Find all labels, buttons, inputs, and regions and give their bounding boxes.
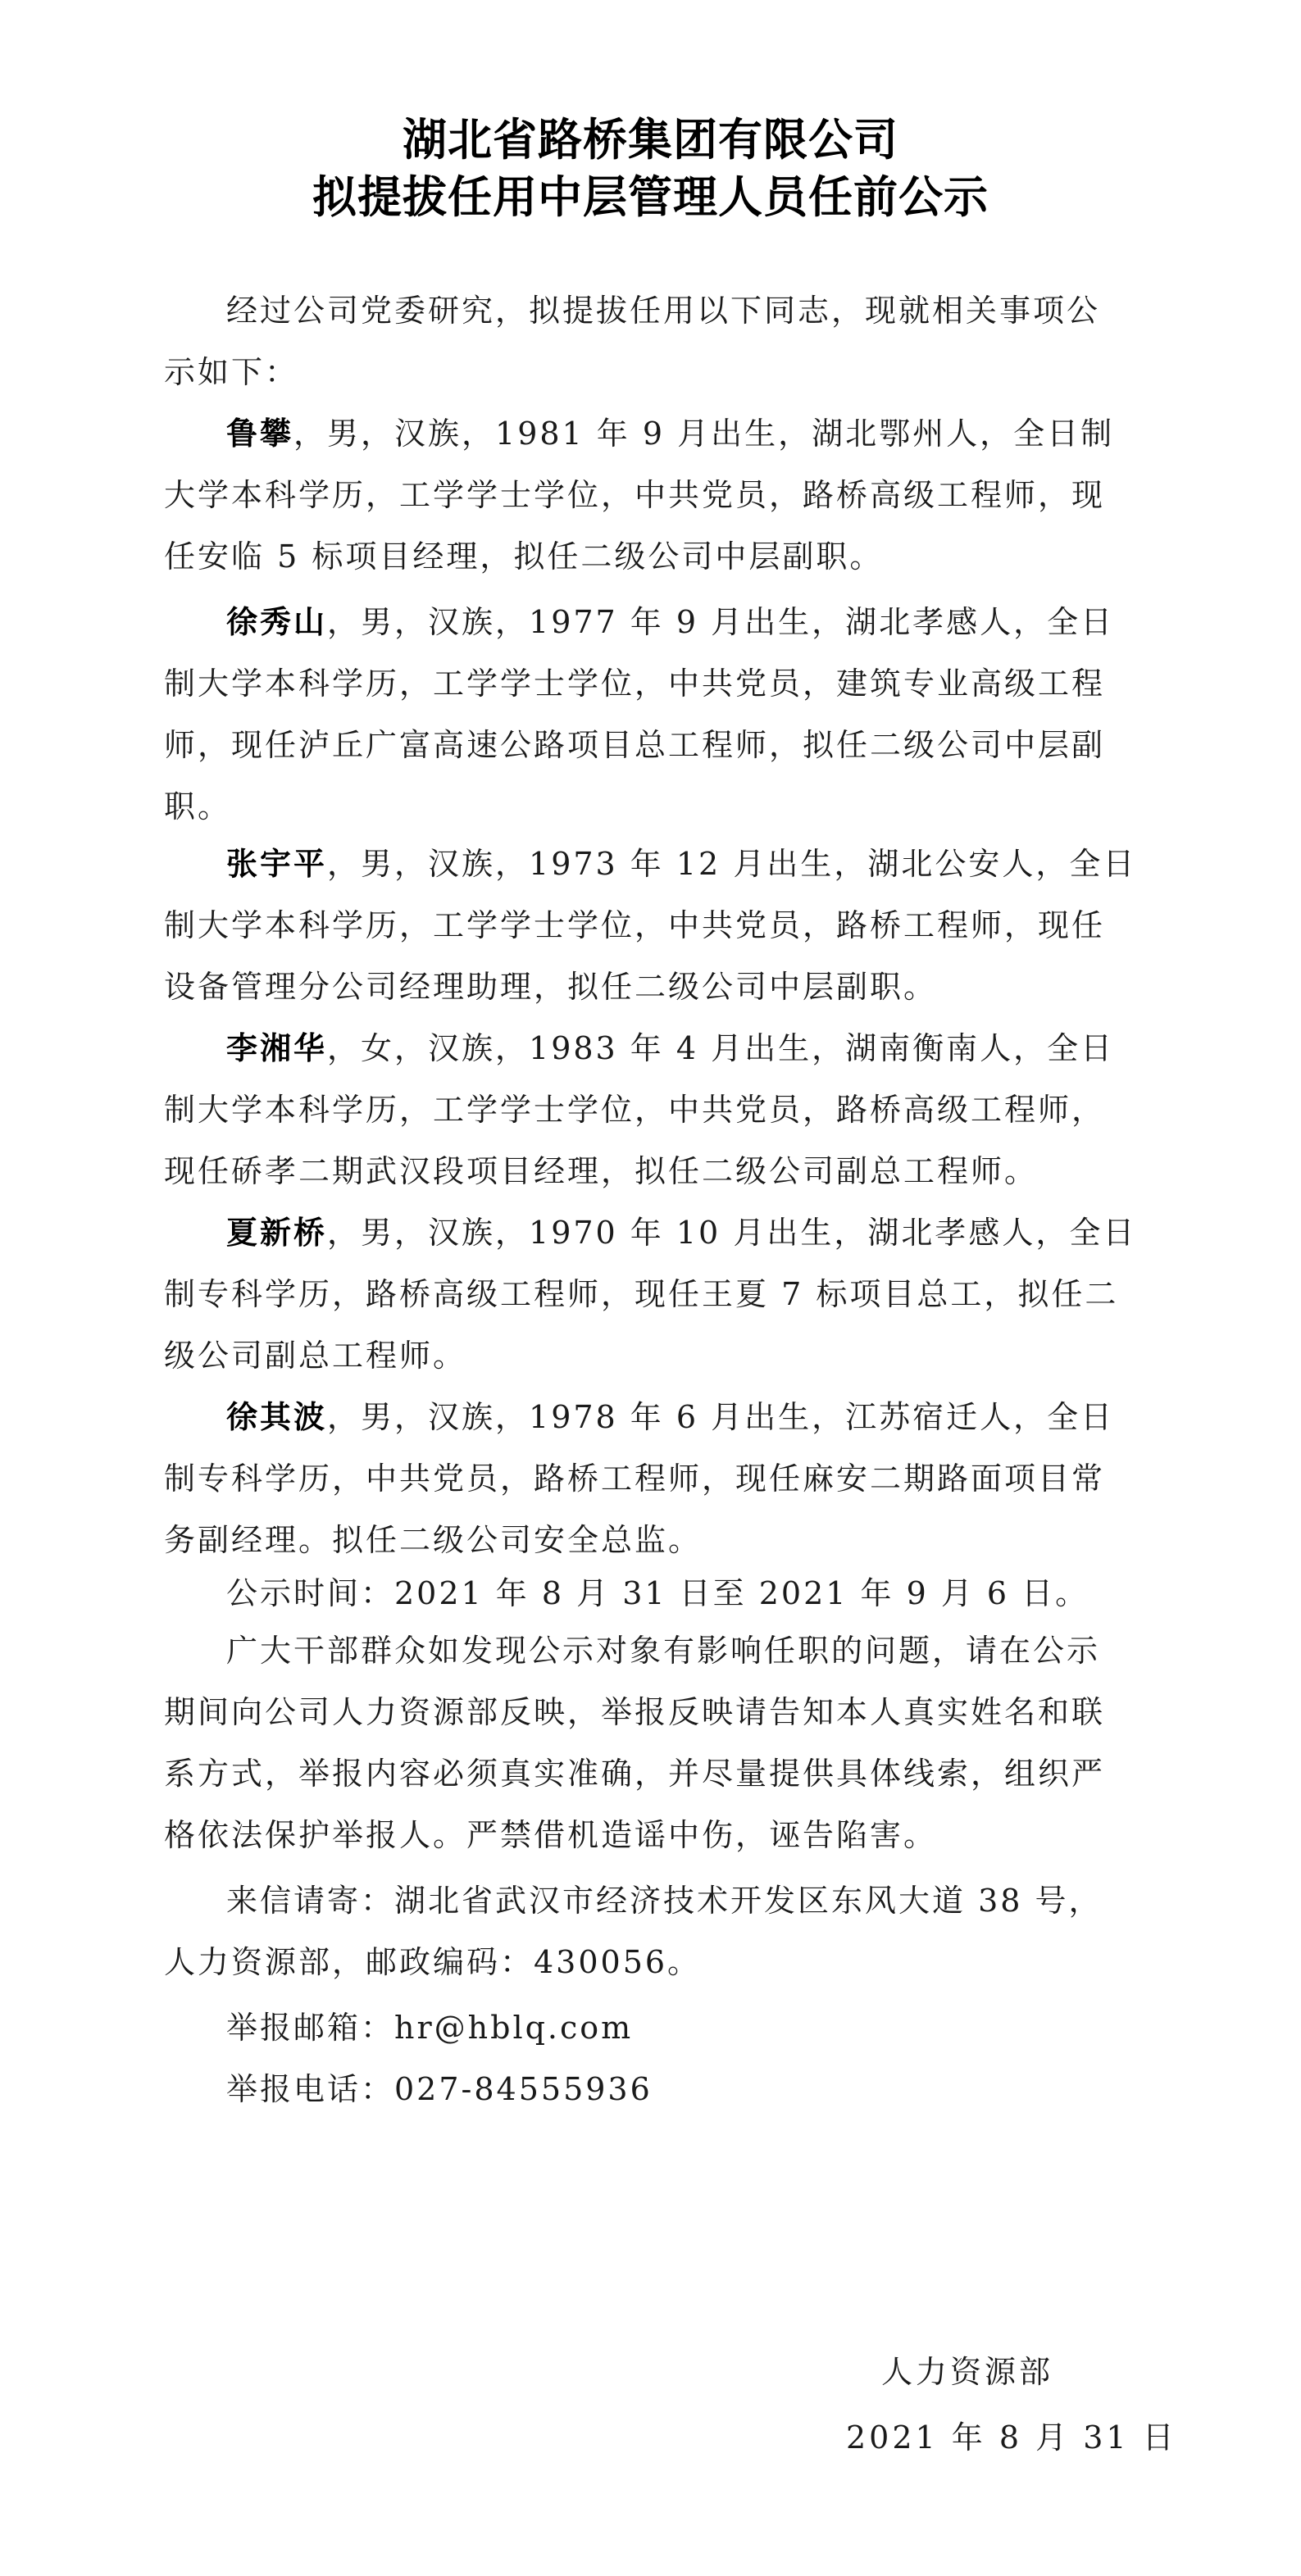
title-line-2: 拟提拔任用中层管理人员任前公示 bbox=[0, 162, 1301, 225]
candidate-line: 大学本科学历，工学学士学位，中共党员，路桥高级工程师，现 bbox=[164, 475, 1148, 515]
report-phone: 举报电话：027-84555936 bbox=[226, 2069, 1148, 2109]
title-line-1: 湖北省路桥集团有限公司 bbox=[0, 105, 1301, 168]
candidate-name: 徐其波 bbox=[226, 1398, 327, 1435]
candidate-line: 制大学本科学历，工学学士学位，中共党员，建筑专业高级工程 bbox=[164, 664, 1148, 703]
candidate-line: 务副经理。拟任二级公司安全总监。 bbox=[164, 1520, 1148, 1560]
candidate-line: 制大学本科学历，工学学士学位，中共党员，路桥工程师，现任 bbox=[164, 906, 1148, 945]
notice-line: 格依法保护举报人。严禁借机造谣中伤，诬告陷害。 bbox=[164, 1815, 1148, 1855]
candidate-line: 师，现任泸丘广富高速公路项目总工程师，拟任二级公司中层副 bbox=[164, 725, 1148, 765]
mail-line: 来信请寄：湖北省武汉市经济技术开发区东风大道 38 号， bbox=[226, 1881, 1148, 1920]
candidate-line: 制专科学历，中共党员，路桥工程师，现任麻安二期路面项目常 bbox=[164, 1459, 1148, 1498]
candidate-name: 夏新桥 bbox=[226, 1214, 327, 1251]
report-email: 举报邮箱：hr@hblq.com bbox=[226, 2008, 1148, 2047]
mail-line: 人力资源部，邮政编码：430056。 bbox=[164, 1942, 1148, 1982]
candidate-line: 职。 bbox=[164, 787, 1148, 826]
publicity-period: 公示时间：2021 年 8 月 31 日至 2021 年 9 月 6 日。 bbox=[226, 1574, 1148, 1613]
notice-line: 广大干部群众如发现公示对象有影响任职的问题，请在公示 bbox=[226, 1631, 1148, 1670]
intro-line-2: 示如下： bbox=[164, 352, 1148, 392]
intro-line-1: 经过公司党委研究，拟提拔任用以下同志，现就相关事项公 bbox=[226, 291, 1148, 330]
candidate-name: 李湘华 bbox=[226, 1029, 327, 1066]
notice-line: 期间向公司人力资源部反映，举报反映请告知本人真实姓名和联 bbox=[164, 1692, 1148, 1732]
candidate-line: 现任硚孝二期武汉段项目经理，拟任二级公司副总工程师。 bbox=[164, 1152, 1148, 1191]
candidate-line: 级公司副总工程师。 bbox=[164, 1336, 1148, 1375]
signature-department: 人力资源部 bbox=[881, 2352, 1053, 2392]
candidate-name: 徐秀山 bbox=[226, 603, 327, 640]
notice-line: 系方式，举报内容必须真实准确，并尽量提供具体线索，组织严 bbox=[164, 1754, 1148, 1793]
candidate-line: 设备管理分公司经理助理，拟任二级公司中层副职。 bbox=[164, 967, 1148, 1006]
candidate-line: 制专科学历，路桥高级工程师，现任王夏 7 标项目总工，拟任二 bbox=[164, 1274, 1148, 1314]
candidate-line: 制大学本科学历，工学学士学位，中共党员，路桥高级工程师， bbox=[164, 1090, 1148, 1129]
signature-date: 2021 年 8 月 31 日 bbox=[846, 2418, 1177, 2457]
candidate-name: 鲁攀 bbox=[226, 415, 293, 452]
candidate-name: 张宇平 bbox=[226, 845, 327, 882]
candidate-line: 任安临 5 标项目经理，拟任二级公司中层副职。 bbox=[164, 537, 1148, 576]
